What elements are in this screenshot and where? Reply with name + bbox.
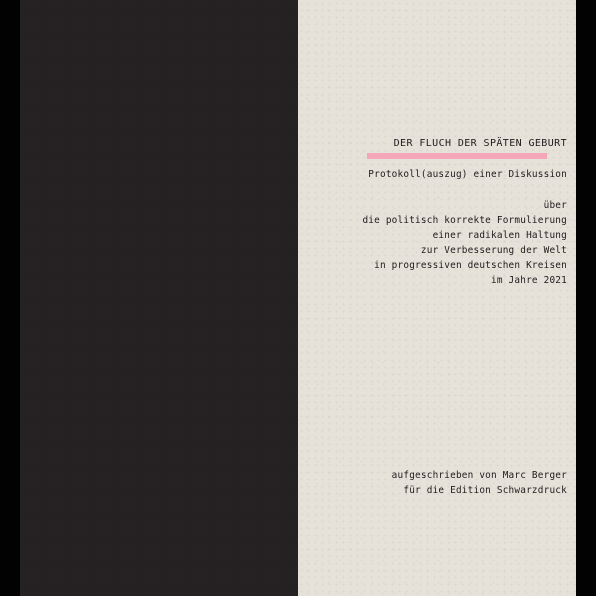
title-highlight-bar — [367, 153, 547, 159]
book-title: DER FLUCH DER SPÄTEN GEBURT — [394, 138, 567, 149]
right-border — [576, 0, 596, 596]
publisher-line: für die Edition Schwarzdruck — [392, 483, 567, 498]
book-description: über die politisch korrekte Formulierung… — [362, 198, 567, 288]
author-line: aufgeschrieben von Marc Berger — [392, 468, 567, 483]
back-cover-panel — [20, 0, 298, 596]
book-subtitle: Protokoll(auszug) einer Diskussion — [368, 169, 567, 180]
description-line: im Jahre 2021 — [362, 273, 567, 288]
description-line: zur Verbesserung der Welt — [362, 243, 567, 258]
book-credits: aufgeschrieben von Marc Berger für die E… — [392, 468, 567, 498]
description-line: die politisch korrekte Formulierung — [362, 213, 567, 228]
description-line: über — [362, 198, 567, 213]
front-cover-panel — [298, 0, 576, 596]
description-line: einer radikalen Haltung — [362, 228, 567, 243]
description-line: in progressiven deutschen Kreisen — [362, 258, 567, 273]
left-border — [0, 0, 20, 596]
